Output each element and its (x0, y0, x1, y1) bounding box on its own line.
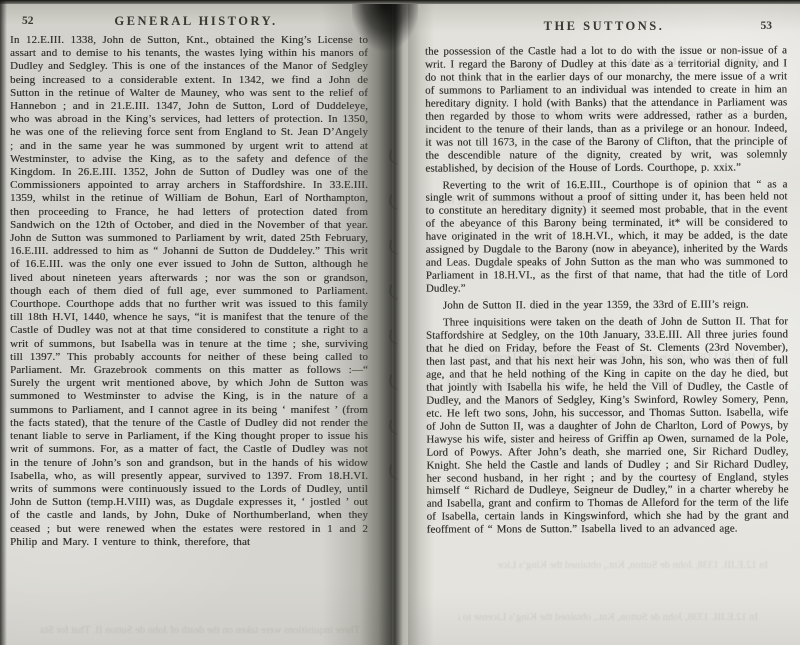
left-page-body: In 12.E.III. 1338, John de Sutton, Knt.,… (10, 34, 368, 634)
right-page-body: the possession of the Castle had a lot t… (425, 44, 789, 640)
stitch-mark (388, 194, 400, 209)
scan-top-edge (0, 0, 800, 4)
right-paragraph: John de Sutton II. died in the year 1359… (426, 298, 788, 312)
scan-left-edge (0, 0, 7, 645)
stitch-mark (388, 284, 400, 299)
stitch-mark (388, 374, 400, 389)
right-running-head: THE SUTTONS. (408, 19, 800, 34)
left-paragraph: In 12.E.III. 1338, John de Sutton, Knt.,… (10, 34, 368, 549)
right-paragraph: Three inquisitions were taken on the dea… (426, 315, 789, 536)
gutter-top-shadow (352, 0, 418, 52)
left-page: 52 GENERAL HISTORY. In 12.E.III. 1338, J… (0, 0, 392, 645)
book-scan: 52 GENERAL HISTORY. In 12.E.III. 1338, J… (0, 0, 800, 645)
left-page-header: 52 GENERAL HISTORY. (0, 14, 392, 32)
right-page-header: THE SUTTONS. 53 (408, 19, 800, 37)
stitch-mark (388, 149, 400, 164)
right-paragraph: Reverting to the writ of 16.E.III., Cour… (425, 178, 787, 296)
right-page-number: 53 (761, 20, 773, 32)
stitch-mark (388, 329, 400, 344)
stitch-mark (388, 464, 400, 479)
right-paragraph: the possession of the Castle had a lot t… (425, 44, 787, 175)
stitch-mark (388, 239, 400, 254)
stitch-mark (388, 419, 400, 434)
gutter-stitches (389, 150, 399, 510)
left-running-head: GENERAL HISTORY. (0, 14, 392, 29)
right-page: THE SUTTONS. 53 the possession of the Ca… (408, 0, 800, 645)
